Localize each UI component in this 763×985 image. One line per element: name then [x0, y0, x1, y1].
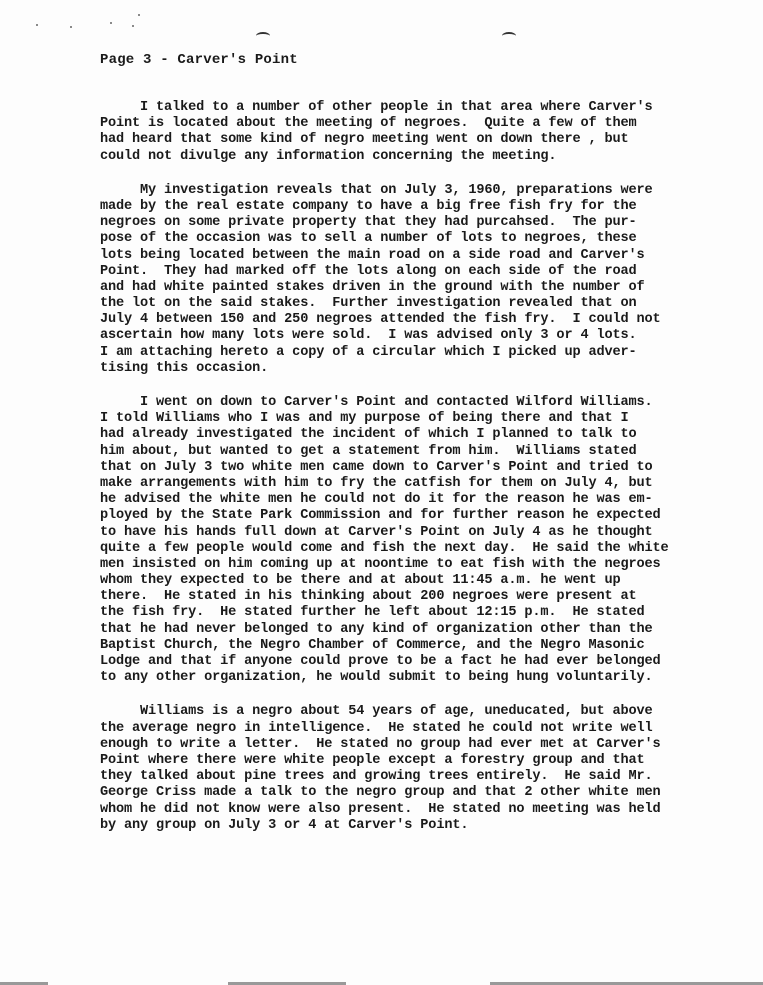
text-line: I am attaching hereto a copy of a circul…	[100, 345, 740, 361]
text-line: quite a few people would come and fish t…	[100, 541, 740, 557]
text-line: he advised the white men he could not do…	[100, 492, 740, 508]
text-line: and had white painted stakes driven in t…	[100, 280, 740, 296]
text-line: lots being located between the main road…	[100, 248, 740, 264]
text-line: Baptist Church, the Negro Chamber of Com…	[100, 638, 740, 654]
text-line: George Criss made a talk to the negro gr…	[100, 785, 740, 801]
scan-speck	[132, 25, 134, 27]
paragraph-4: Williams is a negro about 54 years of ag…	[100, 704, 740, 834]
document-page: Page 3 - Carver's Point I talked to a nu…	[0, 0, 763, 985]
text-line: whom he did not know were also present. …	[100, 802, 740, 818]
text-line: made by the real estate company to have …	[100, 199, 740, 215]
text-line: that he had never belonged to any kind o…	[100, 622, 740, 638]
text-line: I talked to a number of other people in …	[100, 100, 740, 116]
paragraph-1: I talked to a number of other people in …	[100, 100, 740, 165]
text-line: My investigation reveals that on July 3,…	[100, 183, 740, 199]
text-line: enough to write a letter. He stated no g…	[100, 737, 740, 753]
scan-speck	[110, 22, 112, 24]
page-header: Page 3 - Carver's Point	[100, 52, 298, 68]
text-line: Point where there were white people exce…	[100, 753, 740, 769]
text-line: pose of the occasion was to sell a numbe…	[100, 231, 740, 247]
punch-hole-mark	[256, 32, 270, 40]
text-line: that on July 3 two white men came down t…	[100, 460, 740, 476]
text-line: negroes on some private property that th…	[100, 215, 740, 231]
text-line: I told Williams who I was and my purpose…	[100, 411, 740, 427]
text-line: Williams is a negro about 54 years of ag…	[100, 704, 740, 720]
text-line: Point is located about the meeting of ne…	[100, 116, 740, 132]
text-line: had heard that some kind of negro meetin…	[100, 132, 740, 148]
text-line: to have his hands full down at Carver's …	[100, 525, 740, 541]
text-line: the fish fry. He stated further he left …	[100, 605, 740, 621]
text-line: him about, but wanted to get a statement…	[100, 444, 740, 460]
punch-hole-mark	[502, 32, 516, 40]
text-line: Point. They had marked off the lots alon…	[100, 264, 740, 280]
text-line: Lodge and that if anyone could prove to …	[100, 654, 740, 670]
text-line: men insisted on him coming up at noontim…	[100, 557, 740, 573]
text-line: whom they expected to be there and at ab…	[100, 573, 740, 589]
text-line: they talked about pine trees and growing…	[100, 769, 740, 785]
text-line: there. He stated in his thinking about 2…	[100, 589, 740, 605]
paragraph-3: I went on down to Carver's Point and con…	[100, 395, 740, 686]
scan-speck	[138, 14, 140, 16]
text-line: by any group on July 3 or 4 at Carver's …	[100, 818, 740, 834]
text-line: to any other organization, he would subm…	[100, 670, 740, 686]
text-line: the lot on the said stakes. Further inve…	[100, 296, 740, 312]
paragraph-2: My investigation reveals that on July 3,…	[100, 183, 740, 377]
text-line: ployed by the State Park Commission and …	[100, 508, 740, 524]
scan-speck	[70, 26, 72, 28]
text-line: had already investigated the incident of…	[100, 427, 740, 443]
text-line: July 4 between 150 and 250 negroes atten…	[100, 312, 740, 328]
scan-speck	[36, 24, 38, 26]
document-body: I talked to a number of other people in …	[100, 100, 740, 852]
text-line: ascertain how many lots were sold. I was…	[100, 328, 740, 344]
text-line: the average negro in intelligence. He st…	[100, 721, 740, 737]
text-line: tising this occasion.	[100, 361, 740, 377]
text-line: make arrangements with him to fry the ca…	[100, 476, 740, 492]
text-line: I went on down to Carver's Point and con…	[100, 395, 740, 411]
text-line: could not divulge any information concer…	[100, 149, 740, 165]
